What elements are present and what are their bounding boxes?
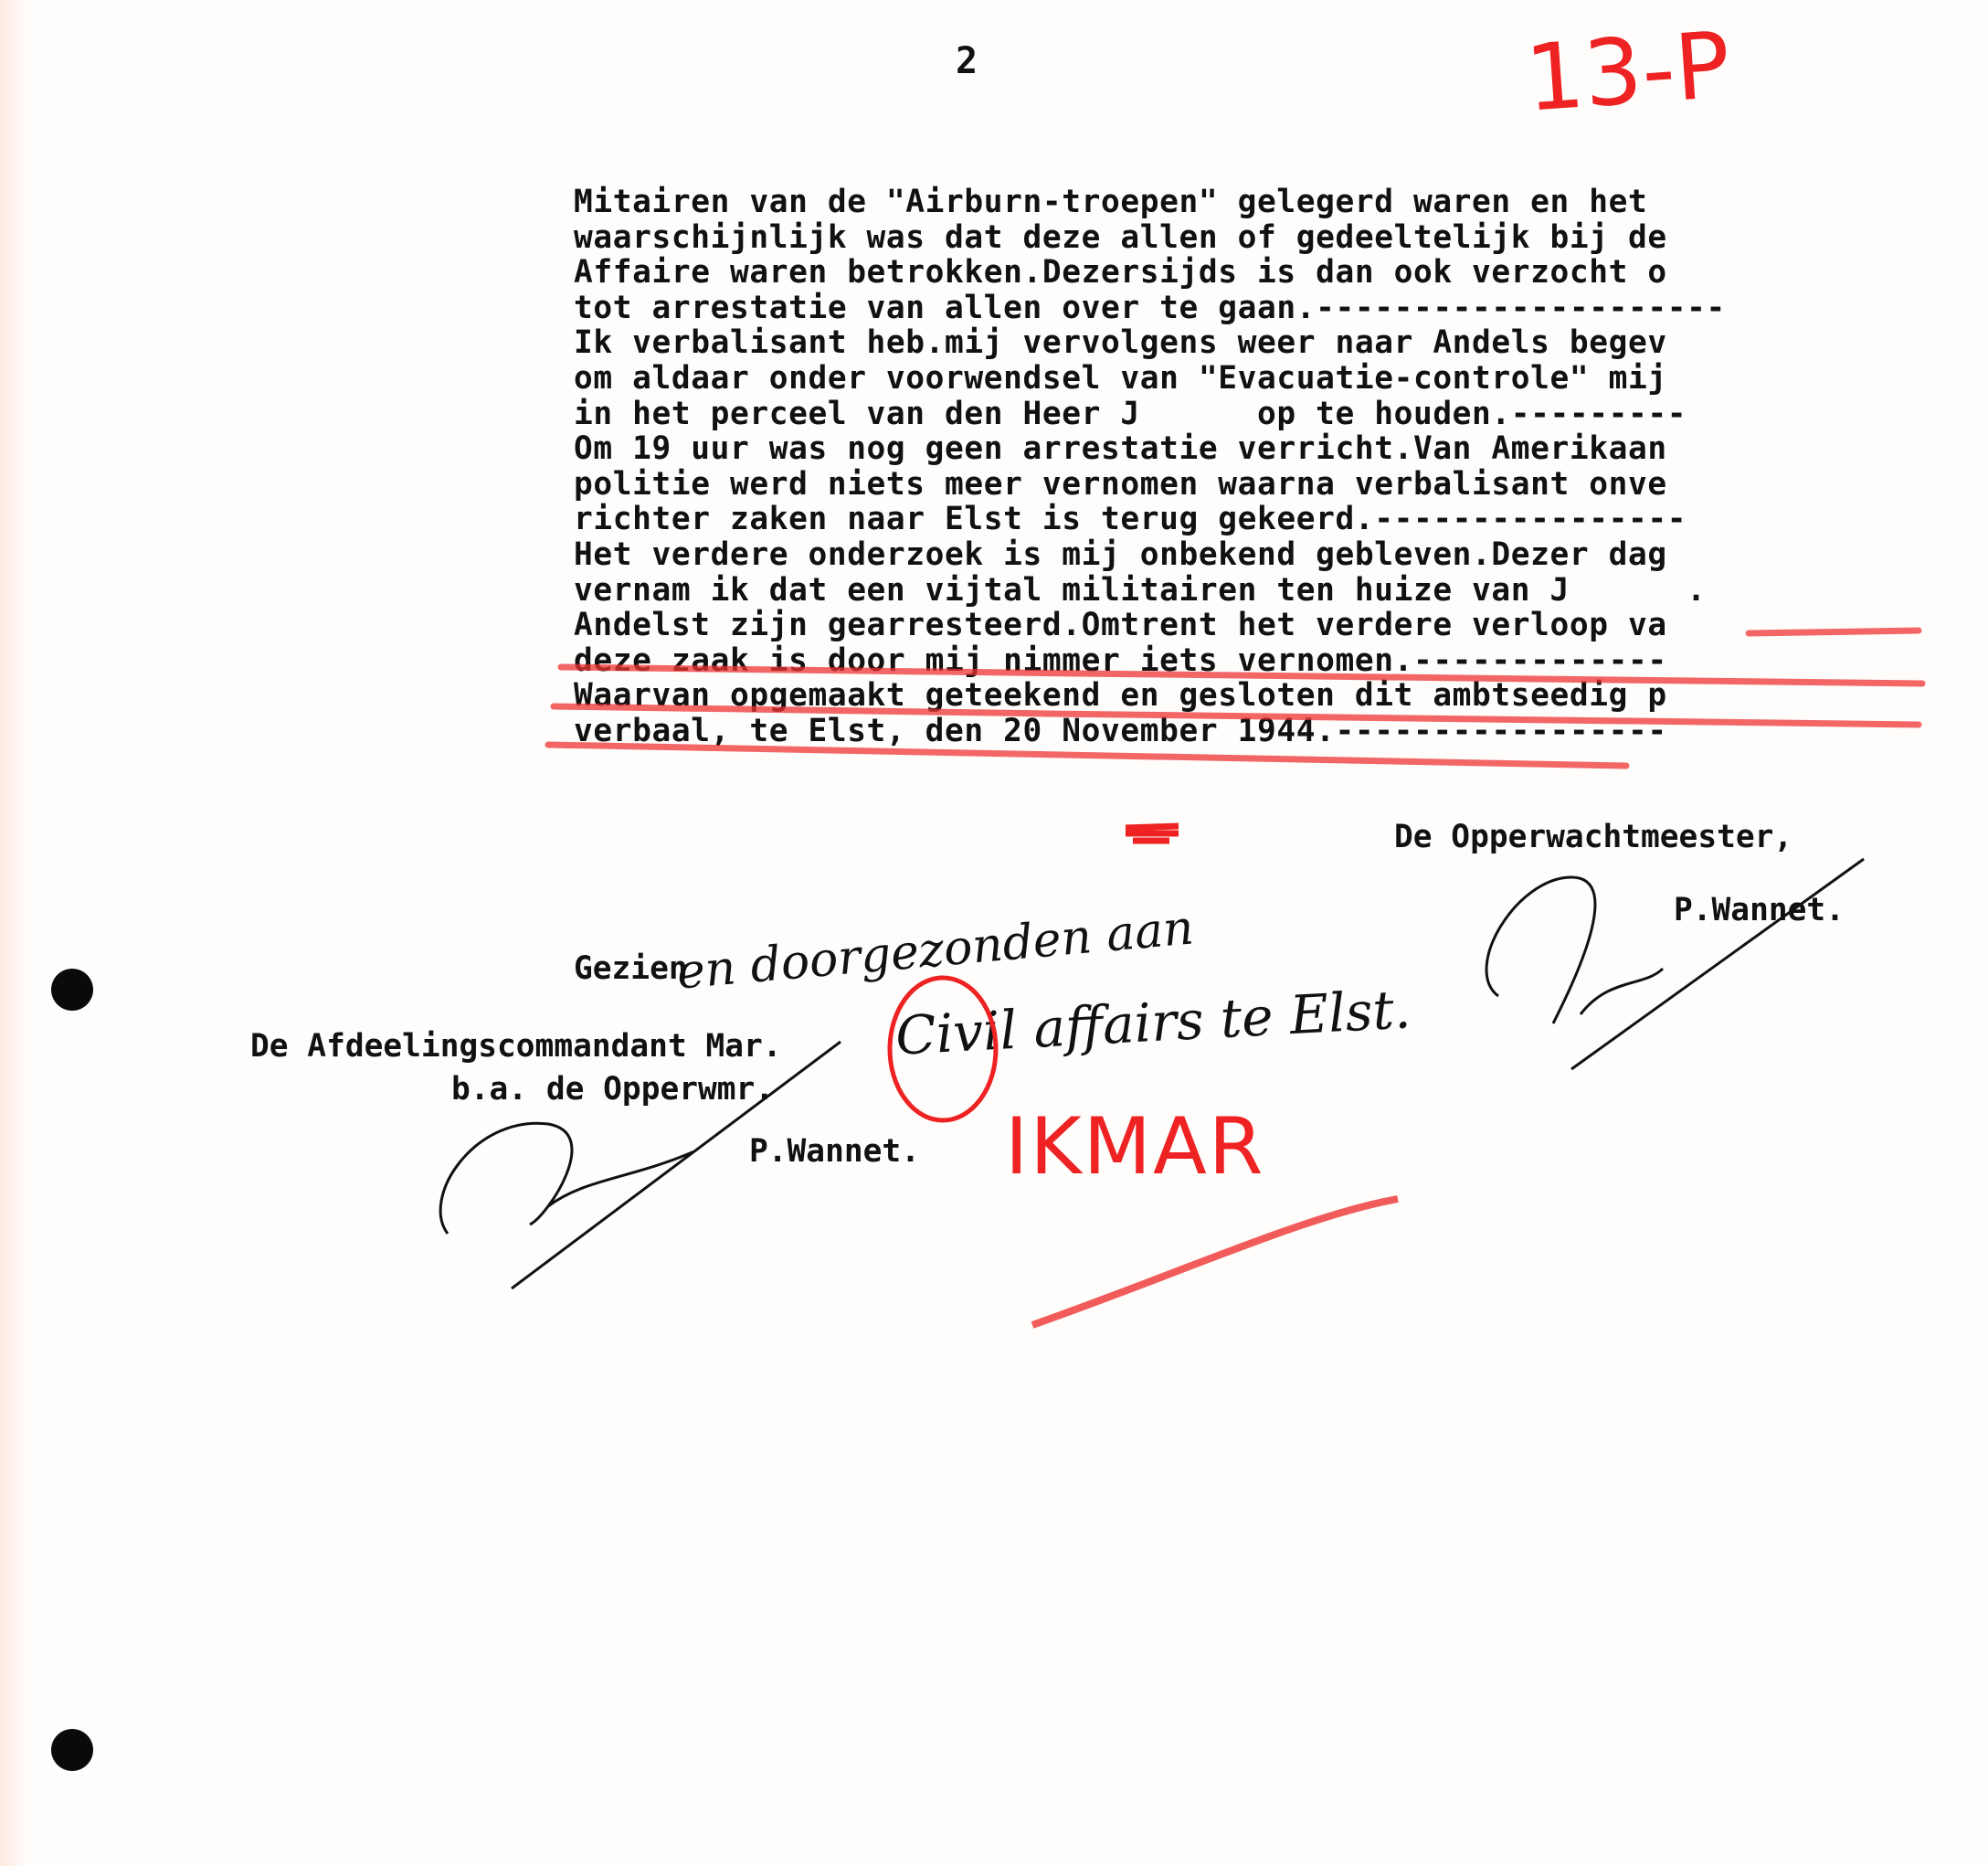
red-mark-icon bbox=[1126, 826, 1179, 841]
signature-icon bbox=[440, 859, 1864, 1288]
red-circle-icon bbox=[890, 978, 996, 1120]
pen-marks-overlay bbox=[0, 0, 1988, 1866]
document-page: 2 13-P Mitairen van de "Airburn-troepen"… bbox=[0, 0, 1988, 1866]
red-underline-icon bbox=[548, 631, 1922, 766]
red-stroke-icon bbox=[1032, 1199, 1398, 1325]
